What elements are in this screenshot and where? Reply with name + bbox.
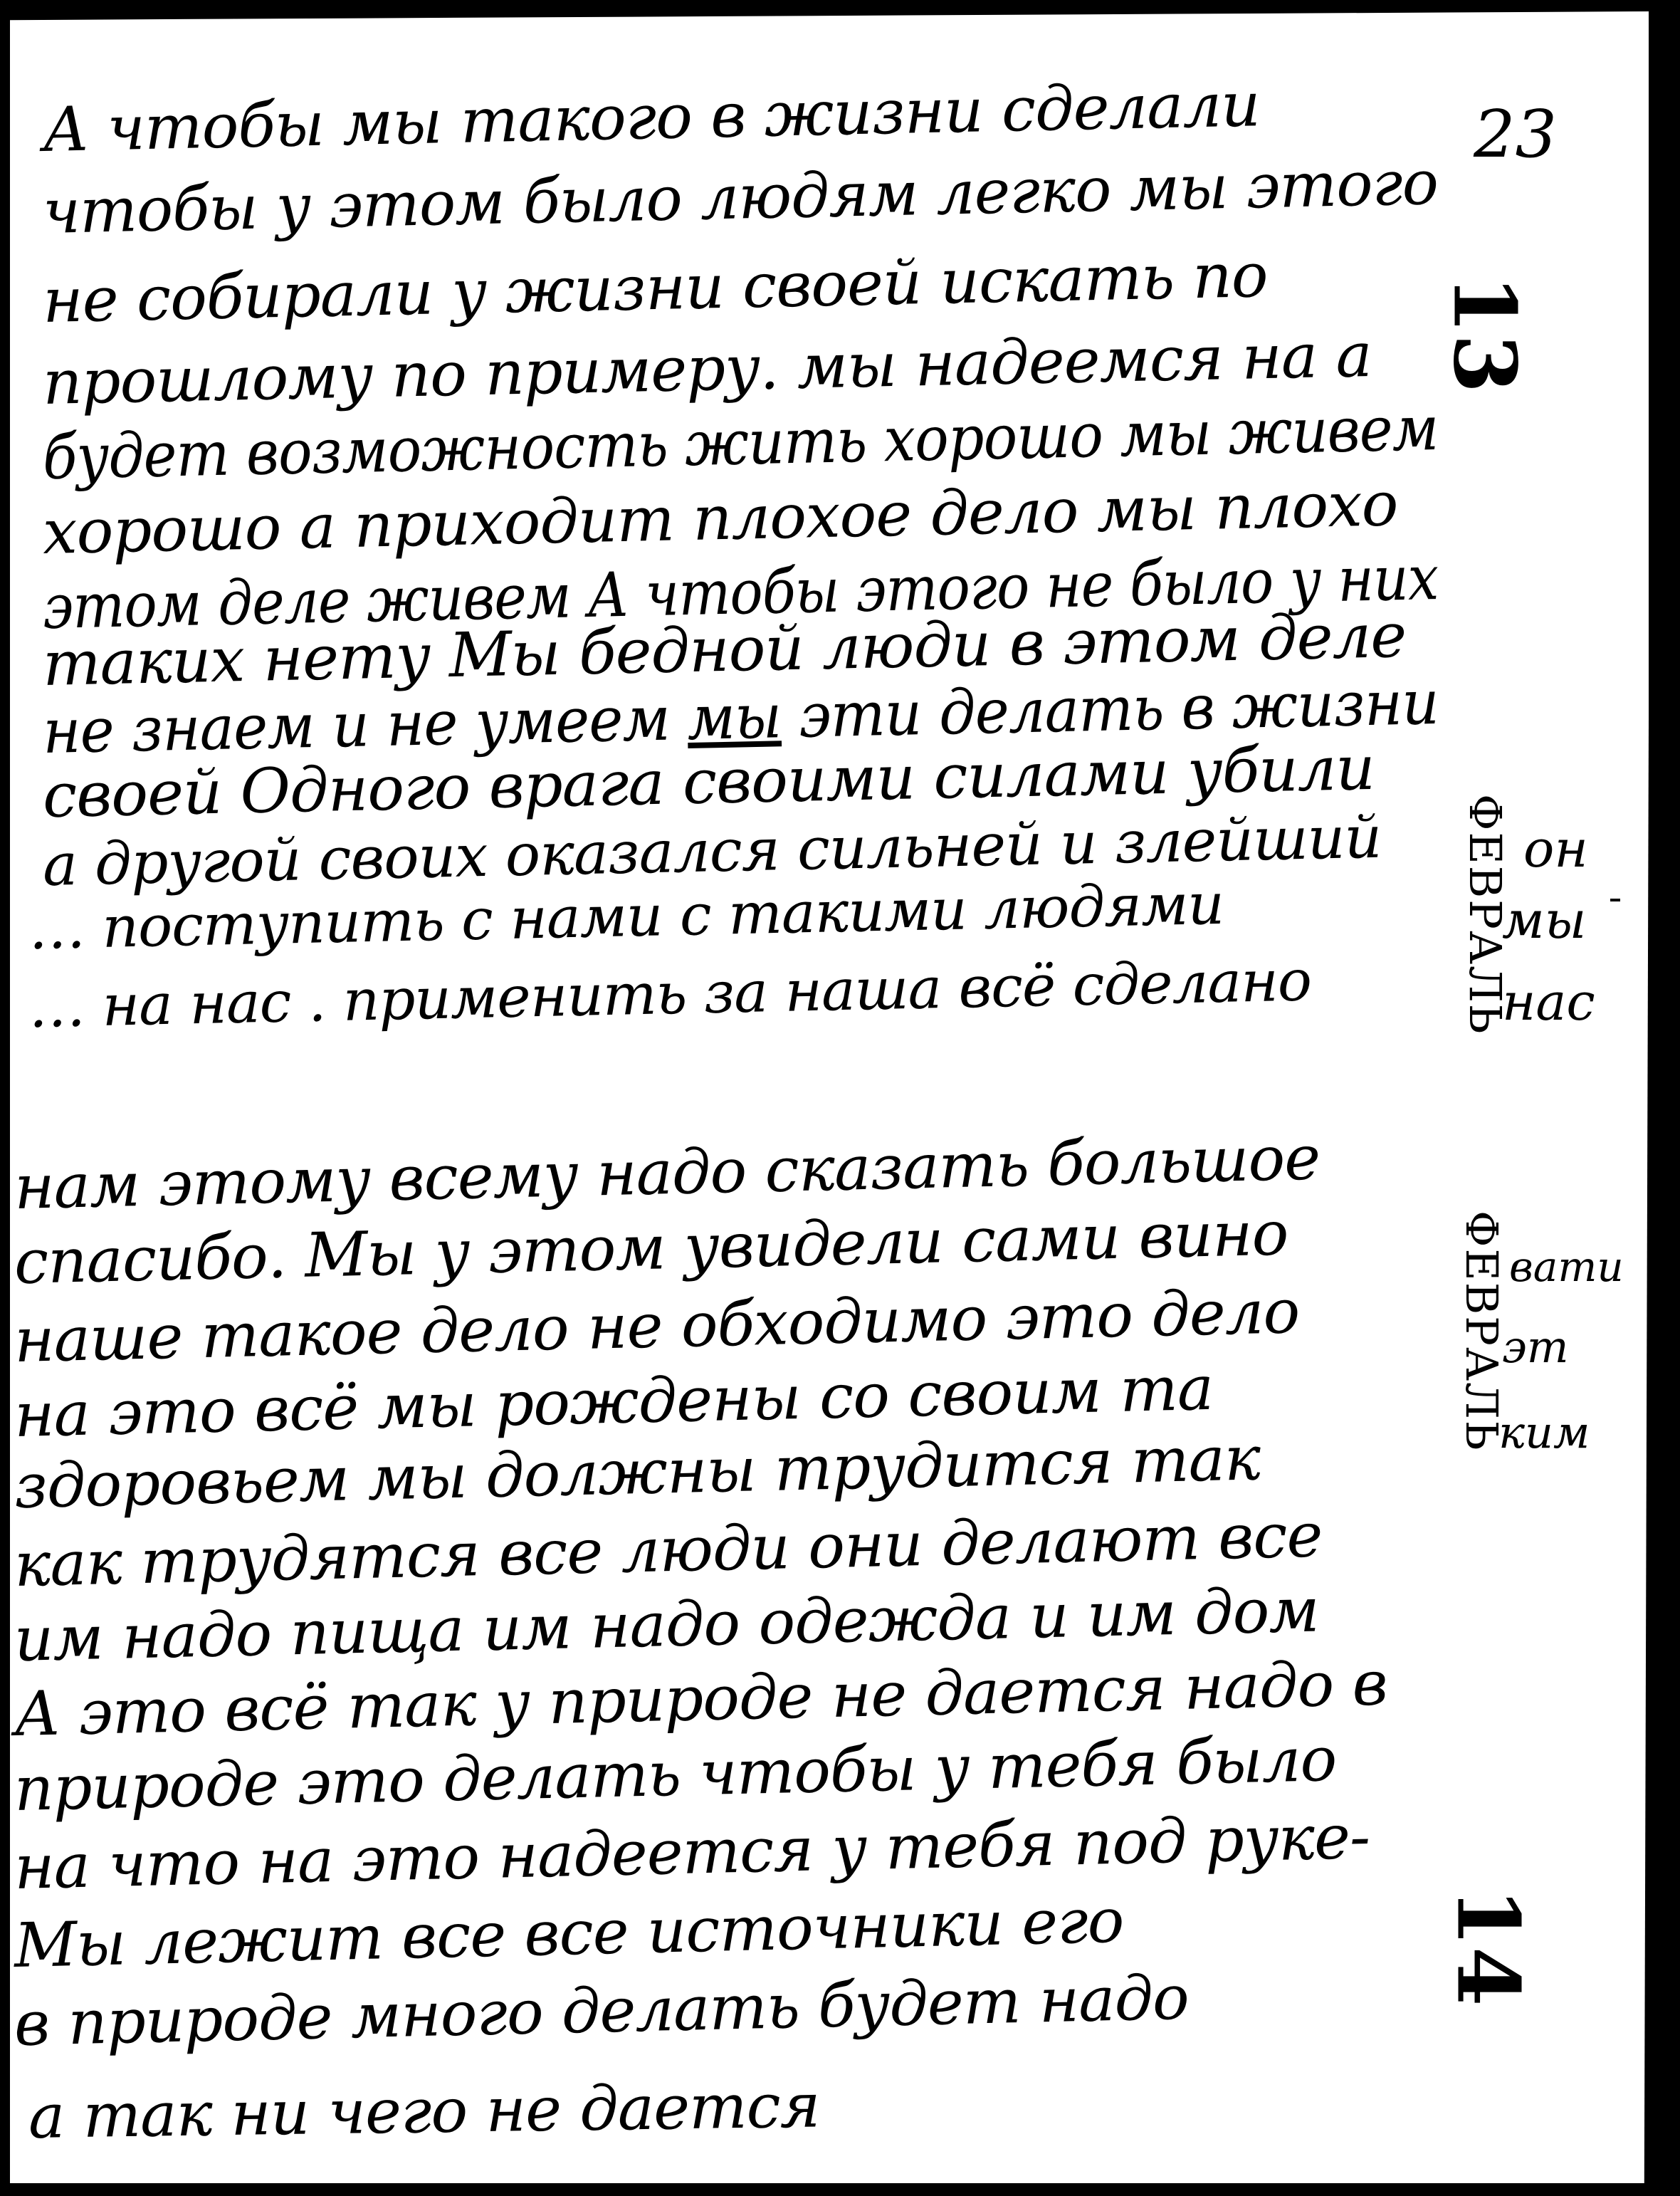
- margin-word: эт: [1502, 1321, 1569, 1373]
- stray-mark: [1610, 899, 1620, 901]
- scan-right-border: [1649, 0, 1680, 2196]
- calendar-month-label: ФЕВРАЛЬ: [1459, 1211, 1503, 1451]
- scan-bottom-edge: [0, 2190, 235, 2196]
- underlined-word: мы: [687, 681, 782, 754]
- calendar-day-14: 14: [1438, 1888, 1538, 2002]
- margin-word: ким: [1498, 1406, 1590, 1458]
- calendar-day-13: 13: [1434, 275, 1535, 389]
- margin-word: он: [1523, 819, 1588, 879]
- margin-word: нас: [1502, 972, 1595, 1032]
- calendar-month-label: ФЕВРАЛЬ: [1463, 794, 1507, 1035]
- page-number: 23: [1474, 96, 1557, 172]
- margin-word: мы: [1502, 890, 1586, 950]
- margin-word: вати: [1509, 1243, 1624, 1291]
- manuscript-line: а так ни чего не дается: [28, 2075, 820, 2148]
